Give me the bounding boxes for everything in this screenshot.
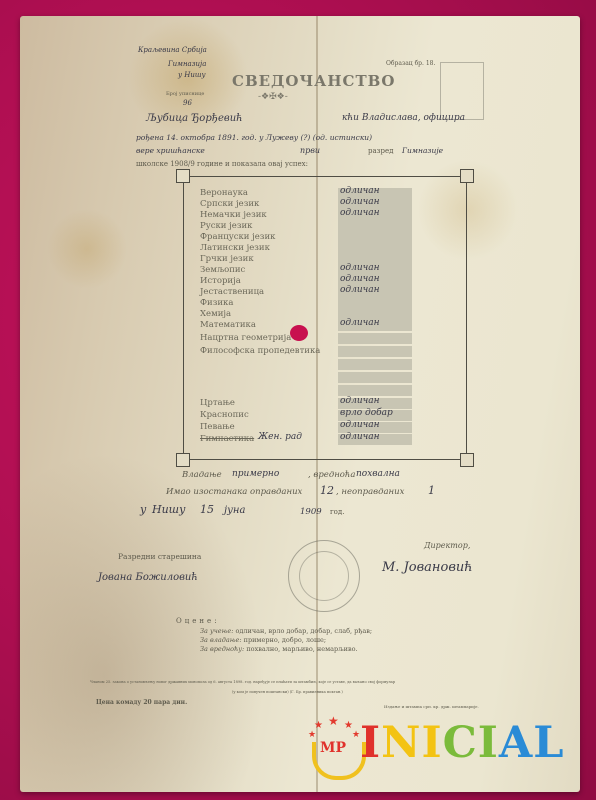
grading-key-line: За вредноћу: похвално, марљиво, немарљив… <box>200 645 358 653</box>
grade-cell <box>338 346 412 357</box>
stamp-box <box>440 62 484 120</box>
subject-row: Нацртна геометрија <box>200 333 291 345</box>
grade-cell <box>338 385 412 396</box>
conduct-value: примерно <box>232 469 279 479</box>
class-value: први <box>300 146 320 155</box>
absences-unjustified: 1 <box>428 484 435 497</box>
place-value: Нишу <box>152 503 185 516</box>
diligence-label: , вредноћа <box>308 470 355 480</box>
class-label: разред <box>368 147 393 155</box>
header-city: у Нишу <box>178 71 206 79</box>
law-note-2: (у ком је повучен поштански) (Г. Бр. пра… <box>232 690 343 694</box>
extra-row: Гимнастика <box>200 434 254 446</box>
school-seal-icon <box>288 540 360 612</box>
grade-value: одличан <box>340 197 380 207</box>
grade-cell <box>338 221 412 232</box>
ink-blot <box>290 325 308 341</box>
grade-value: одличан <box>340 263 380 273</box>
confession: вере хришћанске <box>136 146 205 155</box>
place-prefix: у <box>140 503 146 516</box>
header-number-label: Број уписнице <box>166 91 204 97</box>
grade-cell <box>338 298 412 309</box>
grade-value: одличан <box>340 186 380 196</box>
date-month: јуна <box>224 505 245 516</box>
date-day: 15 <box>200 503 214 516</box>
grade-value: одличан <box>340 396 380 406</box>
subject-row: Философска пропедевтика <box>200 346 320 358</box>
frame-corner-icon <box>176 453 190 467</box>
frame-corner-icon <box>176 169 190 183</box>
grade-value: одличан <box>340 274 380 284</box>
subject-row: Математика <box>200 320 256 332</box>
grade-cell <box>338 372 412 383</box>
grade-value: одличан <box>340 420 380 430</box>
grade-cell <box>338 232 412 243</box>
date-suffix: год. <box>330 508 344 516</box>
header-school: Гимназија <box>168 60 206 68</box>
student-parent: кћи Владислава, официра <box>342 113 465 123</box>
extra-row: Краснопис <box>200 410 249 422</box>
date-year: 1909 <box>300 507 322 517</box>
diligence-value: похвална <box>356 469 400 479</box>
price: Цена комаду 20 пара дин. <box>96 699 187 706</box>
header-number: 96 <box>183 99 192 107</box>
grade-cell <box>338 243 412 254</box>
grade-value: одличан <box>340 318 380 328</box>
grading-key-line: За владање: примерно, добро, лоше; <box>200 636 326 644</box>
absences-label: Имао изостанака оправданих <box>166 487 302 497</box>
grade-cell <box>338 333 412 344</box>
extra-note: Жен. рад <box>258 432 302 442</box>
class-teacher-signature: Јована Божиловић <box>98 572 198 583</box>
grade-value: одличан <box>340 432 380 442</box>
inicial-brand: INICIAL <box>360 718 565 768</box>
birth-info: рођена 14. октобра 1891. год. у Лужеву (… <box>136 133 372 142</box>
absences-justified: 12 <box>320 484 334 497</box>
extra-row: Цртање <box>200 398 235 410</box>
extra-row: Певање <box>200 422 235 434</box>
grade-value: одличан <box>340 208 380 218</box>
absences-unjustified-label: , неоправданих <box>336 487 404 497</box>
class-teacher-label: Разредни старешина <box>118 552 201 561</box>
grade-value: врло добар <box>340 408 393 418</box>
student-name: Љубица Ђорђевић <box>146 113 243 124</box>
school-type: Гимназије <box>402 146 443 155</box>
title-ornament-icon: -❖✠❖- <box>258 92 288 102</box>
frame-corner-icon <box>460 453 474 467</box>
director-signature: М. Јовановић <box>382 560 473 575</box>
grade-cell <box>338 359 412 370</box>
law-note: Чланом 25. закона о установљењу новог др… <box>90 680 520 685</box>
frame-corner-icon <box>460 169 474 183</box>
printer: Издање и штампа срп. кр. држ. штампарије… <box>384 704 479 709</box>
form-number: Образац бр. 18. <box>386 60 435 67</box>
grading-key-line: За учење: одличан, врло добар, добар, сл… <box>200 627 372 635</box>
header-kingdom: Краљевина Србија <box>138 46 207 54</box>
grade-value: одличан <box>340 285 380 295</box>
grading-key-title: Оцене: <box>176 617 220 625</box>
conduct-label: Владање <box>182 470 222 480</box>
school-year: школске 1908/9 године и показала овај ус… <box>136 160 308 168</box>
document-title: СВЕДОЧАНСТВО <box>232 72 395 90</box>
director-label: Директор, <box>424 541 470 550</box>
inicial-emblem-icon: ★ ★ ★ ★ ★ MP <box>306 720 364 780</box>
